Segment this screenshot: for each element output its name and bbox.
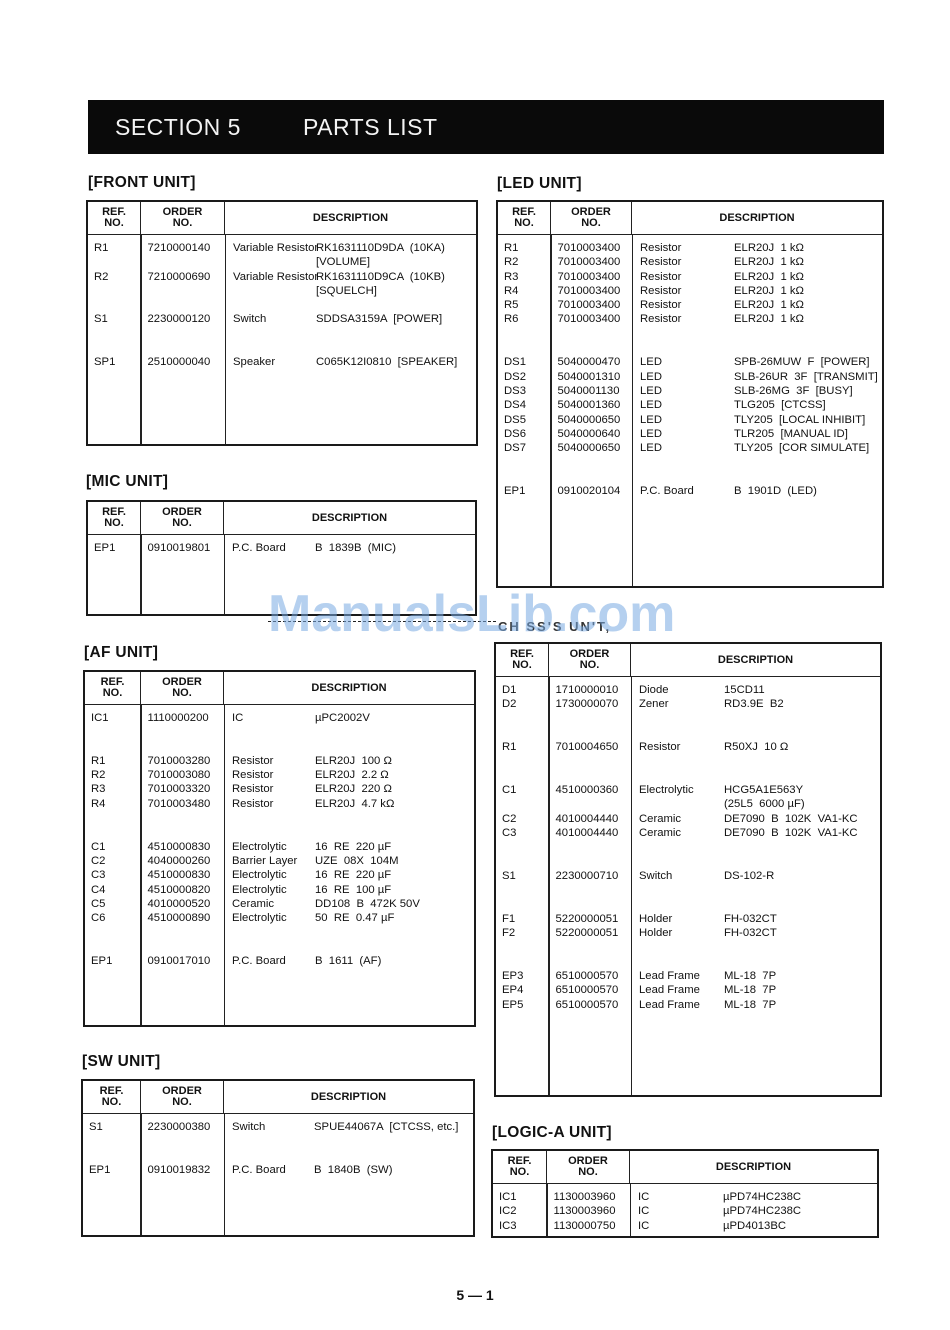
part-spec: B 1611 (AF) bbox=[315, 954, 381, 968]
part-type: IC bbox=[225, 711, 315, 725]
part-type: Ceramic bbox=[632, 826, 724, 840]
ref-no: IC3 bbox=[493, 1219, 548, 1233]
order-no bbox=[550, 726, 633, 740]
description-header: DESCRIPTION bbox=[630, 1151, 877, 1183]
ref-no: R2 bbox=[498, 255, 552, 269]
sw-unit-title: [SW UNIT] bbox=[82, 1053, 160, 1071]
table-row: DS35040001130LEDSLB-26MG 3F [BUSY] bbox=[498, 384, 882, 398]
order-no: 7010003080 bbox=[142, 768, 226, 782]
part-spec: SLB-26MG 3F [BUSY] bbox=[734, 384, 853, 398]
ref-no: R6 bbox=[498, 312, 552, 326]
table-row: S12230000710SwitchDS-102-R bbox=[496, 869, 880, 883]
table-row: R27010003080ResistorELR20J 2.2 Ω bbox=[85, 768, 474, 782]
table-row: IC11110000200ICµPC2002V bbox=[85, 711, 474, 725]
logic-a-unit-table: REF.NO.ORDERNO.DESCRIPTIONIC11130003960I… bbox=[491, 1149, 879, 1238]
part-spec: ML-18 7P bbox=[724, 983, 776, 997]
description-header: DESCRIPTION bbox=[631, 644, 880, 676]
table-row: IC31130000750ICµPD4013BC bbox=[493, 1219, 877, 1233]
ref-no: R1 bbox=[496, 740, 550, 754]
ref-no: F2 bbox=[496, 926, 550, 940]
part-spec: [VOLUME] bbox=[316, 255, 370, 269]
order-no bbox=[550, 940, 633, 954]
part-type: Resistor bbox=[633, 270, 734, 284]
ref-no bbox=[496, 712, 550, 726]
order-no-header: ORDERNO. bbox=[547, 1151, 630, 1183]
order-no bbox=[142, 327, 227, 341]
order-no bbox=[142, 284, 227, 298]
order-no: 4510000360 bbox=[550, 783, 633, 797]
ref-no-header: REF.NO. bbox=[88, 502, 141, 534]
order-no: 0910020104 bbox=[552, 484, 634, 498]
ref-no: EP1 bbox=[498, 484, 552, 498]
ref-no: S1 bbox=[496, 869, 550, 883]
order-no: 5040000650 bbox=[552, 413, 634, 427]
part-spec: ELR20J 1 kΩ bbox=[734, 298, 804, 312]
part-type: Switch bbox=[225, 1120, 314, 1134]
sw-unit-table: REF.NO.ORDERNO.DESCRIPTIONS12230000380Sw… bbox=[81, 1079, 475, 1237]
part-type: Holder bbox=[632, 926, 724, 940]
table-row bbox=[498, 341, 882, 355]
table-row bbox=[85, 811, 474, 825]
order-no: 0910019832 bbox=[142, 1163, 226, 1177]
part-type: Variable Resistor bbox=[226, 270, 316, 284]
part-spec: FH-032CT bbox=[724, 926, 777, 940]
ref-no-header: REF.NO. bbox=[498, 202, 551, 234]
table-row bbox=[496, 769, 880, 783]
table-row: DS15040000470LEDSPB-26MUW F [POWER] bbox=[498, 355, 882, 369]
order-no: 7010004650 bbox=[550, 740, 633, 754]
part-type bbox=[632, 712, 724, 726]
table-row: [SQUELCH] bbox=[88, 284, 476, 298]
part-type bbox=[226, 327, 316, 341]
table-row bbox=[498, 455, 882, 469]
part-spec: UZE 08X 104M bbox=[315, 854, 399, 868]
part-spec: ML-18 7P bbox=[724, 998, 776, 1012]
ref-no: C6 bbox=[85, 911, 142, 925]
part-type bbox=[225, 925, 315, 939]
part-type: Resistor bbox=[633, 284, 734, 298]
order-no: 1110000200 bbox=[142, 711, 226, 725]
table-row bbox=[88, 298, 476, 312]
ref-no bbox=[496, 754, 550, 768]
part-spec: µPD4013BC bbox=[723, 1219, 786, 1233]
table-row: [VOLUME] bbox=[88, 255, 476, 269]
part-type: Lead Frame bbox=[632, 983, 724, 997]
ref-no: EP1 bbox=[88, 541, 142, 555]
part-type bbox=[632, 940, 724, 954]
table-row bbox=[498, 470, 882, 484]
ref-no-header: REF.NO. bbox=[85, 672, 141, 704]
order-no: 4510000890 bbox=[142, 911, 226, 925]
order-no: 6510000570 bbox=[550, 983, 633, 997]
order-no: 4010004440 bbox=[550, 812, 633, 826]
part-type bbox=[632, 955, 724, 969]
part-type: LED bbox=[633, 370, 734, 384]
order-no bbox=[142, 255, 227, 269]
ref-no bbox=[496, 955, 550, 969]
description-header: DESCRIPTION bbox=[224, 672, 474, 704]
ref-no: DS6 bbox=[498, 427, 552, 441]
part-spec: B 1839B (MIC) bbox=[315, 541, 396, 555]
table-row: C34510000830Electrolytic16 RE 220 µF bbox=[85, 868, 474, 882]
part-type: Resistor bbox=[633, 312, 734, 326]
order-no bbox=[552, 327, 634, 341]
ref-no: R5 bbox=[498, 298, 552, 312]
ref-no: C2 bbox=[85, 854, 142, 868]
part-spec: ELR20J 1 kΩ bbox=[734, 255, 804, 269]
part-type: Resistor bbox=[633, 241, 734, 255]
part-spec: ML-18 7P bbox=[724, 969, 776, 983]
ref-no: IC2 bbox=[493, 1204, 548, 1218]
table-row: S12230000380SwitchSPUE44067A [CTCSS, etc… bbox=[83, 1120, 473, 1134]
logic-a-unit-title: [LOGIC-A UNIT] bbox=[492, 1124, 612, 1142]
part-type: LED bbox=[633, 427, 734, 441]
part-spec: ELR20J 1 kΩ bbox=[734, 241, 804, 255]
order-no: 5220000051 bbox=[550, 912, 633, 926]
ref-no bbox=[85, 825, 142, 839]
order-no: 7210000140 bbox=[142, 241, 227, 255]
part-spec: RK1631110D9DA (10KA) bbox=[316, 241, 445, 255]
ref-no-header: REF.NO. bbox=[88, 202, 141, 234]
table-row bbox=[496, 712, 880, 726]
ref-no: R3 bbox=[85, 782, 142, 796]
ref-no bbox=[496, 726, 550, 740]
ref-no: R2 bbox=[88, 270, 142, 284]
part-type: Electrolytic bbox=[225, 840, 315, 854]
part-type: Resistor bbox=[225, 797, 315, 811]
table-header: REF.NO.ORDERNO.DESCRIPTION bbox=[85, 672, 474, 705]
order-no: 6510000570 bbox=[550, 998, 633, 1012]
part-spec: ELR20J 1 kΩ bbox=[734, 284, 804, 298]
table-row: EP10910017010P.C. BoardB 1611 (AF) bbox=[85, 954, 474, 968]
order-no-header: ORDERNO. bbox=[141, 202, 225, 234]
table-row: D11710000010Diode15CD11 bbox=[496, 683, 880, 697]
part-spec: DE7090 B 102K VA1-KC bbox=[724, 826, 858, 840]
table-row bbox=[496, 940, 880, 954]
part-type: Electrolytic bbox=[225, 883, 315, 897]
order-no bbox=[142, 740, 226, 754]
part-type: LED bbox=[633, 355, 734, 369]
part-type bbox=[632, 726, 724, 740]
table-row: C14510000360ElectrolyticHCG5A1E563Y bbox=[496, 783, 880, 797]
part-type bbox=[632, 883, 724, 897]
table-row bbox=[496, 855, 880, 869]
part-type: Holder bbox=[632, 912, 724, 926]
part-type: Ceramic bbox=[225, 897, 315, 911]
ref-no: R3 bbox=[498, 270, 552, 284]
part-spec: 16 RE 220 µF bbox=[315, 840, 391, 854]
table-row: EP46510000570Lead FrameML-18 7P bbox=[496, 983, 880, 997]
part-type: Electrolytic bbox=[225, 911, 315, 925]
part-type: Barrier Layer bbox=[225, 854, 315, 868]
ref-no: DS3 bbox=[498, 384, 552, 398]
ref-no bbox=[88, 284, 142, 298]
part-spec: C065K12I0810 [SPEAKER] bbox=[316, 355, 457, 369]
table-row: F25220000051HolderFH-032CT bbox=[496, 926, 880, 940]
order-no: 5040000470 bbox=[552, 355, 634, 369]
order-no: 7010003320 bbox=[142, 782, 226, 796]
part-spec: B 1840B (SW) bbox=[314, 1163, 392, 1177]
part-spec: SPUE44067A [CTCSS, etc.] bbox=[314, 1120, 458, 1134]
ref-no bbox=[496, 840, 550, 854]
part-type: Variable Resistor bbox=[226, 241, 316, 255]
part-type bbox=[632, 769, 724, 783]
order-no: 7010003400 bbox=[552, 270, 634, 284]
part-type: IC bbox=[631, 1190, 723, 1204]
description-header: DESCRIPTION bbox=[632, 202, 882, 234]
description-header: DESCRIPTION bbox=[224, 502, 475, 534]
table-row: DS55040000650LEDTLY205 [LOCAL INHIBIT] bbox=[498, 413, 882, 427]
part-type: IC bbox=[631, 1204, 723, 1218]
part-type: Ceramic bbox=[632, 812, 724, 826]
part-spec: DS-102-R bbox=[724, 869, 774, 883]
order-no: 5040001310 bbox=[552, 370, 634, 384]
table-row: C64510000890Electrolytic50 RE 0.47 µF bbox=[85, 911, 474, 925]
order-no: 4040000260 bbox=[142, 854, 226, 868]
part-spec: 16 RE 220 µF bbox=[315, 868, 391, 882]
ref-no: F1 bbox=[496, 912, 550, 926]
ref-no: C4 bbox=[85, 883, 142, 897]
part-type: Resistor bbox=[632, 740, 724, 754]
ref-no-header: REF.NO. bbox=[493, 1151, 547, 1183]
table-row: D21730000070ZenerRD3.9E B2 bbox=[496, 697, 880, 711]
order-no-header: ORDERNO. bbox=[141, 672, 224, 704]
ref-no bbox=[85, 940, 142, 954]
part-type bbox=[225, 725, 315, 739]
part-spec: ELR20J 1 kΩ bbox=[734, 312, 804, 326]
order-no bbox=[142, 811, 226, 825]
order-no: 7010003480 bbox=[142, 797, 226, 811]
table-header: REF.NO.ORDERNO.DESCRIPTION bbox=[83, 1081, 473, 1114]
ref-no: C3 bbox=[85, 868, 142, 882]
table-row: EP10910020104P.C. BoardB 1901D (LED) bbox=[498, 484, 882, 498]
table-row: C24010004440CeramicDE7090 B 102K VA1-KC bbox=[496, 812, 880, 826]
part-type: LED bbox=[633, 413, 734, 427]
ref-no: S1 bbox=[83, 1120, 142, 1134]
table-row bbox=[85, 740, 474, 754]
ref-no: R1 bbox=[498, 241, 552, 255]
table-row: EP56510000570Lead FrameML-18 7P bbox=[496, 998, 880, 1012]
part-spec: [SQUELCH] bbox=[316, 284, 377, 298]
dashed-line bbox=[268, 621, 496, 622]
part-spec: ELR20J 4.7 kΩ bbox=[315, 797, 394, 811]
ref-no bbox=[88, 298, 142, 312]
ref-no: R1 bbox=[85, 754, 142, 768]
order-no: 4510000830 bbox=[142, 868, 226, 882]
part-spec: R50XJ 10 Ω bbox=[724, 740, 788, 754]
led-unit-title: [LED UNIT] bbox=[497, 175, 582, 193]
ref-no: EP4 bbox=[496, 983, 550, 997]
part-spec: DD108 B 472K 50V bbox=[315, 897, 420, 911]
order-no: 7010003400 bbox=[552, 284, 634, 298]
page-title: PARTS LIST bbox=[303, 114, 438, 141]
ref-no: S1 bbox=[88, 312, 142, 326]
order-no bbox=[142, 341, 227, 355]
order-no: 7210000690 bbox=[142, 270, 227, 284]
part-spec: SDDSA3159A [POWER] bbox=[316, 312, 442, 326]
part-type: Switch bbox=[632, 869, 724, 883]
table-row: R17010003280ResistorELR20J 100 Ω bbox=[85, 754, 474, 768]
order-no: 5040001130 bbox=[552, 384, 634, 398]
part-type: Resistor bbox=[633, 255, 734, 269]
order-no bbox=[142, 940, 226, 954]
order-no bbox=[142, 725, 226, 739]
order-no bbox=[550, 883, 633, 897]
ref-no: R1 bbox=[88, 241, 142, 255]
part-spec: TLY205 [LOCAL INHIBIT] bbox=[734, 413, 865, 427]
table-row: IC11130003960ICµPD74HC238C bbox=[493, 1190, 877, 1204]
order-no: 1130003960 bbox=[548, 1204, 632, 1218]
order-no bbox=[552, 341, 634, 355]
order-no: 2230000710 bbox=[550, 869, 633, 883]
table-row bbox=[85, 940, 474, 954]
table-row bbox=[496, 726, 880, 740]
order-no bbox=[142, 1149, 226, 1163]
part-spec: SPB-26MUW F [POWER] bbox=[734, 355, 870, 369]
table-row: DS45040001360LEDTLG205 [CTCSS] bbox=[498, 398, 882, 412]
ref-no: DS4 bbox=[498, 398, 552, 412]
ref-no bbox=[85, 811, 142, 825]
table-row: IC21130003960ICµPD74HC238C bbox=[493, 1204, 877, 1218]
part-type: Diode bbox=[632, 683, 724, 697]
table-row bbox=[88, 341, 476, 355]
table-row bbox=[88, 327, 476, 341]
ref-no bbox=[85, 925, 142, 939]
mic-unit-table: REF.NO.ORDERNO.DESCRIPTIONEP10910019801P… bbox=[86, 500, 477, 616]
part-type: Zener bbox=[632, 697, 724, 711]
mic-unit-title: [MIC UNIT] bbox=[86, 473, 168, 491]
description-header: DESCRIPTION bbox=[225, 202, 476, 234]
order-no: 7010003400 bbox=[552, 255, 634, 269]
part-type bbox=[225, 940, 315, 954]
part-type: Resistor bbox=[633, 298, 734, 312]
ref-no-header: REF.NO. bbox=[496, 644, 549, 676]
ref-no: IC1 bbox=[493, 1190, 548, 1204]
ref-no bbox=[496, 797, 550, 811]
part-spec: 50 RE 0.47 µF bbox=[315, 911, 394, 925]
part-type bbox=[226, 341, 316, 355]
table-row: R47010003400ResistorELR20J 1 kΩ bbox=[498, 284, 882, 298]
table-row: R17010003400ResistorELR20J 1 kΩ bbox=[498, 241, 882, 255]
part-spec: TLR205 [MANUAL ID] bbox=[734, 427, 848, 441]
part-type bbox=[225, 740, 315, 754]
ref-no: C1 bbox=[496, 783, 550, 797]
order-no bbox=[550, 712, 633, 726]
ref-no: C5 bbox=[85, 897, 142, 911]
part-type: Speaker bbox=[226, 355, 316, 369]
ref-no bbox=[496, 855, 550, 869]
order-no bbox=[142, 925, 226, 939]
table-row: EP36510000570Lead FrameML-18 7P bbox=[496, 969, 880, 983]
part-type: LED bbox=[633, 441, 734, 455]
table-row: R47010003480ResistorELR20J 4.7 kΩ bbox=[85, 797, 474, 811]
ref-no: R4 bbox=[498, 284, 552, 298]
table-row: R17210000140Variable ResistorRK1631110D9… bbox=[88, 241, 476, 255]
table-row bbox=[496, 840, 880, 854]
ref-no bbox=[498, 470, 552, 484]
part-type: P.C. Board bbox=[225, 954, 315, 968]
part-type bbox=[632, 754, 724, 768]
ref-no: D1 bbox=[496, 683, 550, 697]
order-no bbox=[550, 840, 633, 854]
order-no bbox=[552, 470, 634, 484]
ref-no bbox=[496, 940, 550, 954]
order-no: 0910017010 bbox=[142, 954, 226, 968]
ref-no: DS7 bbox=[498, 441, 552, 455]
led-unit-table: REF.NO.ORDERNO.DESCRIPTIONR17010003400Re… bbox=[496, 200, 884, 588]
part-type: P.C. Board bbox=[225, 1163, 314, 1177]
order-no bbox=[550, 897, 633, 911]
part-spec: FH-032CT bbox=[724, 912, 777, 926]
ref-no: SP1 bbox=[88, 355, 142, 369]
chassis-unit-title: CH SS'S UN'T, bbox=[498, 619, 611, 634]
order-no: 5040001360 bbox=[552, 398, 634, 412]
table-row: R37010003320ResistorELR20J 220 Ω bbox=[85, 782, 474, 796]
ref-no-header: REF.NO. bbox=[83, 1081, 141, 1113]
part-spec: SLB-26UR 3F [TRANSMIT] bbox=[734, 370, 878, 384]
order-no: 1730000070 bbox=[550, 697, 633, 711]
af-unit-table: REF.NO.ORDERNO.DESCRIPTIONIC11110000200I… bbox=[83, 670, 476, 1027]
part-type bbox=[633, 341, 734, 355]
ref-no: R4 bbox=[85, 797, 142, 811]
order-no: 4510000830 bbox=[142, 840, 226, 854]
order-no: 5040000640 bbox=[552, 427, 634, 441]
table-row bbox=[85, 825, 474, 839]
part-type bbox=[225, 1134, 314, 1148]
table-row: DS75040000650LEDTLY205 [COR SIMULATE] bbox=[498, 441, 882, 455]
ref-no bbox=[88, 255, 142, 269]
ref-no bbox=[83, 1134, 142, 1148]
part-type bbox=[226, 255, 316, 269]
ref-no bbox=[496, 769, 550, 783]
order-no: 5040000650 bbox=[552, 441, 634, 455]
ref-no bbox=[83, 1149, 142, 1163]
order-no-header: ORDERNO. bbox=[549, 644, 631, 676]
order-no-header: ORDERNO. bbox=[141, 502, 224, 534]
part-type bbox=[633, 470, 734, 484]
ref-no: DS1 bbox=[498, 355, 552, 369]
part-spec: (25L5 6000 µF) bbox=[724, 797, 805, 811]
order-no: 2510000040 bbox=[142, 355, 227, 369]
part-spec: TLG205 [CTCSS] bbox=[734, 398, 826, 412]
table-row bbox=[85, 925, 474, 939]
part-type: LED bbox=[633, 384, 734, 398]
ref-no: C3 bbox=[496, 826, 550, 840]
page-number: 5 — 1 bbox=[0, 1287, 950, 1303]
ref-no: EP1 bbox=[83, 1163, 142, 1177]
part-spec: µPD74HC238C bbox=[723, 1204, 801, 1218]
table-row: SP12510000040SpeakerC065K12I0810 [SPEAKE… bbox=[88, 355, 476, 369]
table-row: R67010003400ResistorELR20J 1 kΩ bbox=[498, 312, 882, 326]
part-type: P.C. Board bbox=[225, 541, 315, 555]
order-no bbox=[550, 955, 633, 969]
table-header: REF.NO.ORDERNO.DESCRIPTION bbox=[88, 202, 476, 235]
ref-no bbox=[498, 327, 552, 341]
table-row: (25L5 6000 µF) bbox=[496, 797, 880, 811]
part-spec: ELR20J 100 Ω bbox=[315, 754, 392, 768]
part-type: Lead Frame bbox=[632, 969, 724, 983]
table-row: R17010004650ResistorR50XJ 10 Ω bbox=[496, 740, 880, 754]
order-no: 7010003400 bbox=[552, 312, 634, 326]
ref-no: R2 bbox=[85, 768, 142, 782]
ref-no: IC1 bbox=[85, 711, 142, 725]
part-spec: µPD74HC238C bbox=[723, 1190, 801, 1204]
order-no bbox=[552, 455, 634, 469]
order-no bbox=[142, 298, 227, 312]
table-row bbox=[496, 883, 880, 897]
af-unit-title: [AF UNIT] bbox=[84, 644, 158, 662]
table-row: S12230000120SwitchSDDSA3159A [POWER] bbox=[88, 312, 476, 326]
